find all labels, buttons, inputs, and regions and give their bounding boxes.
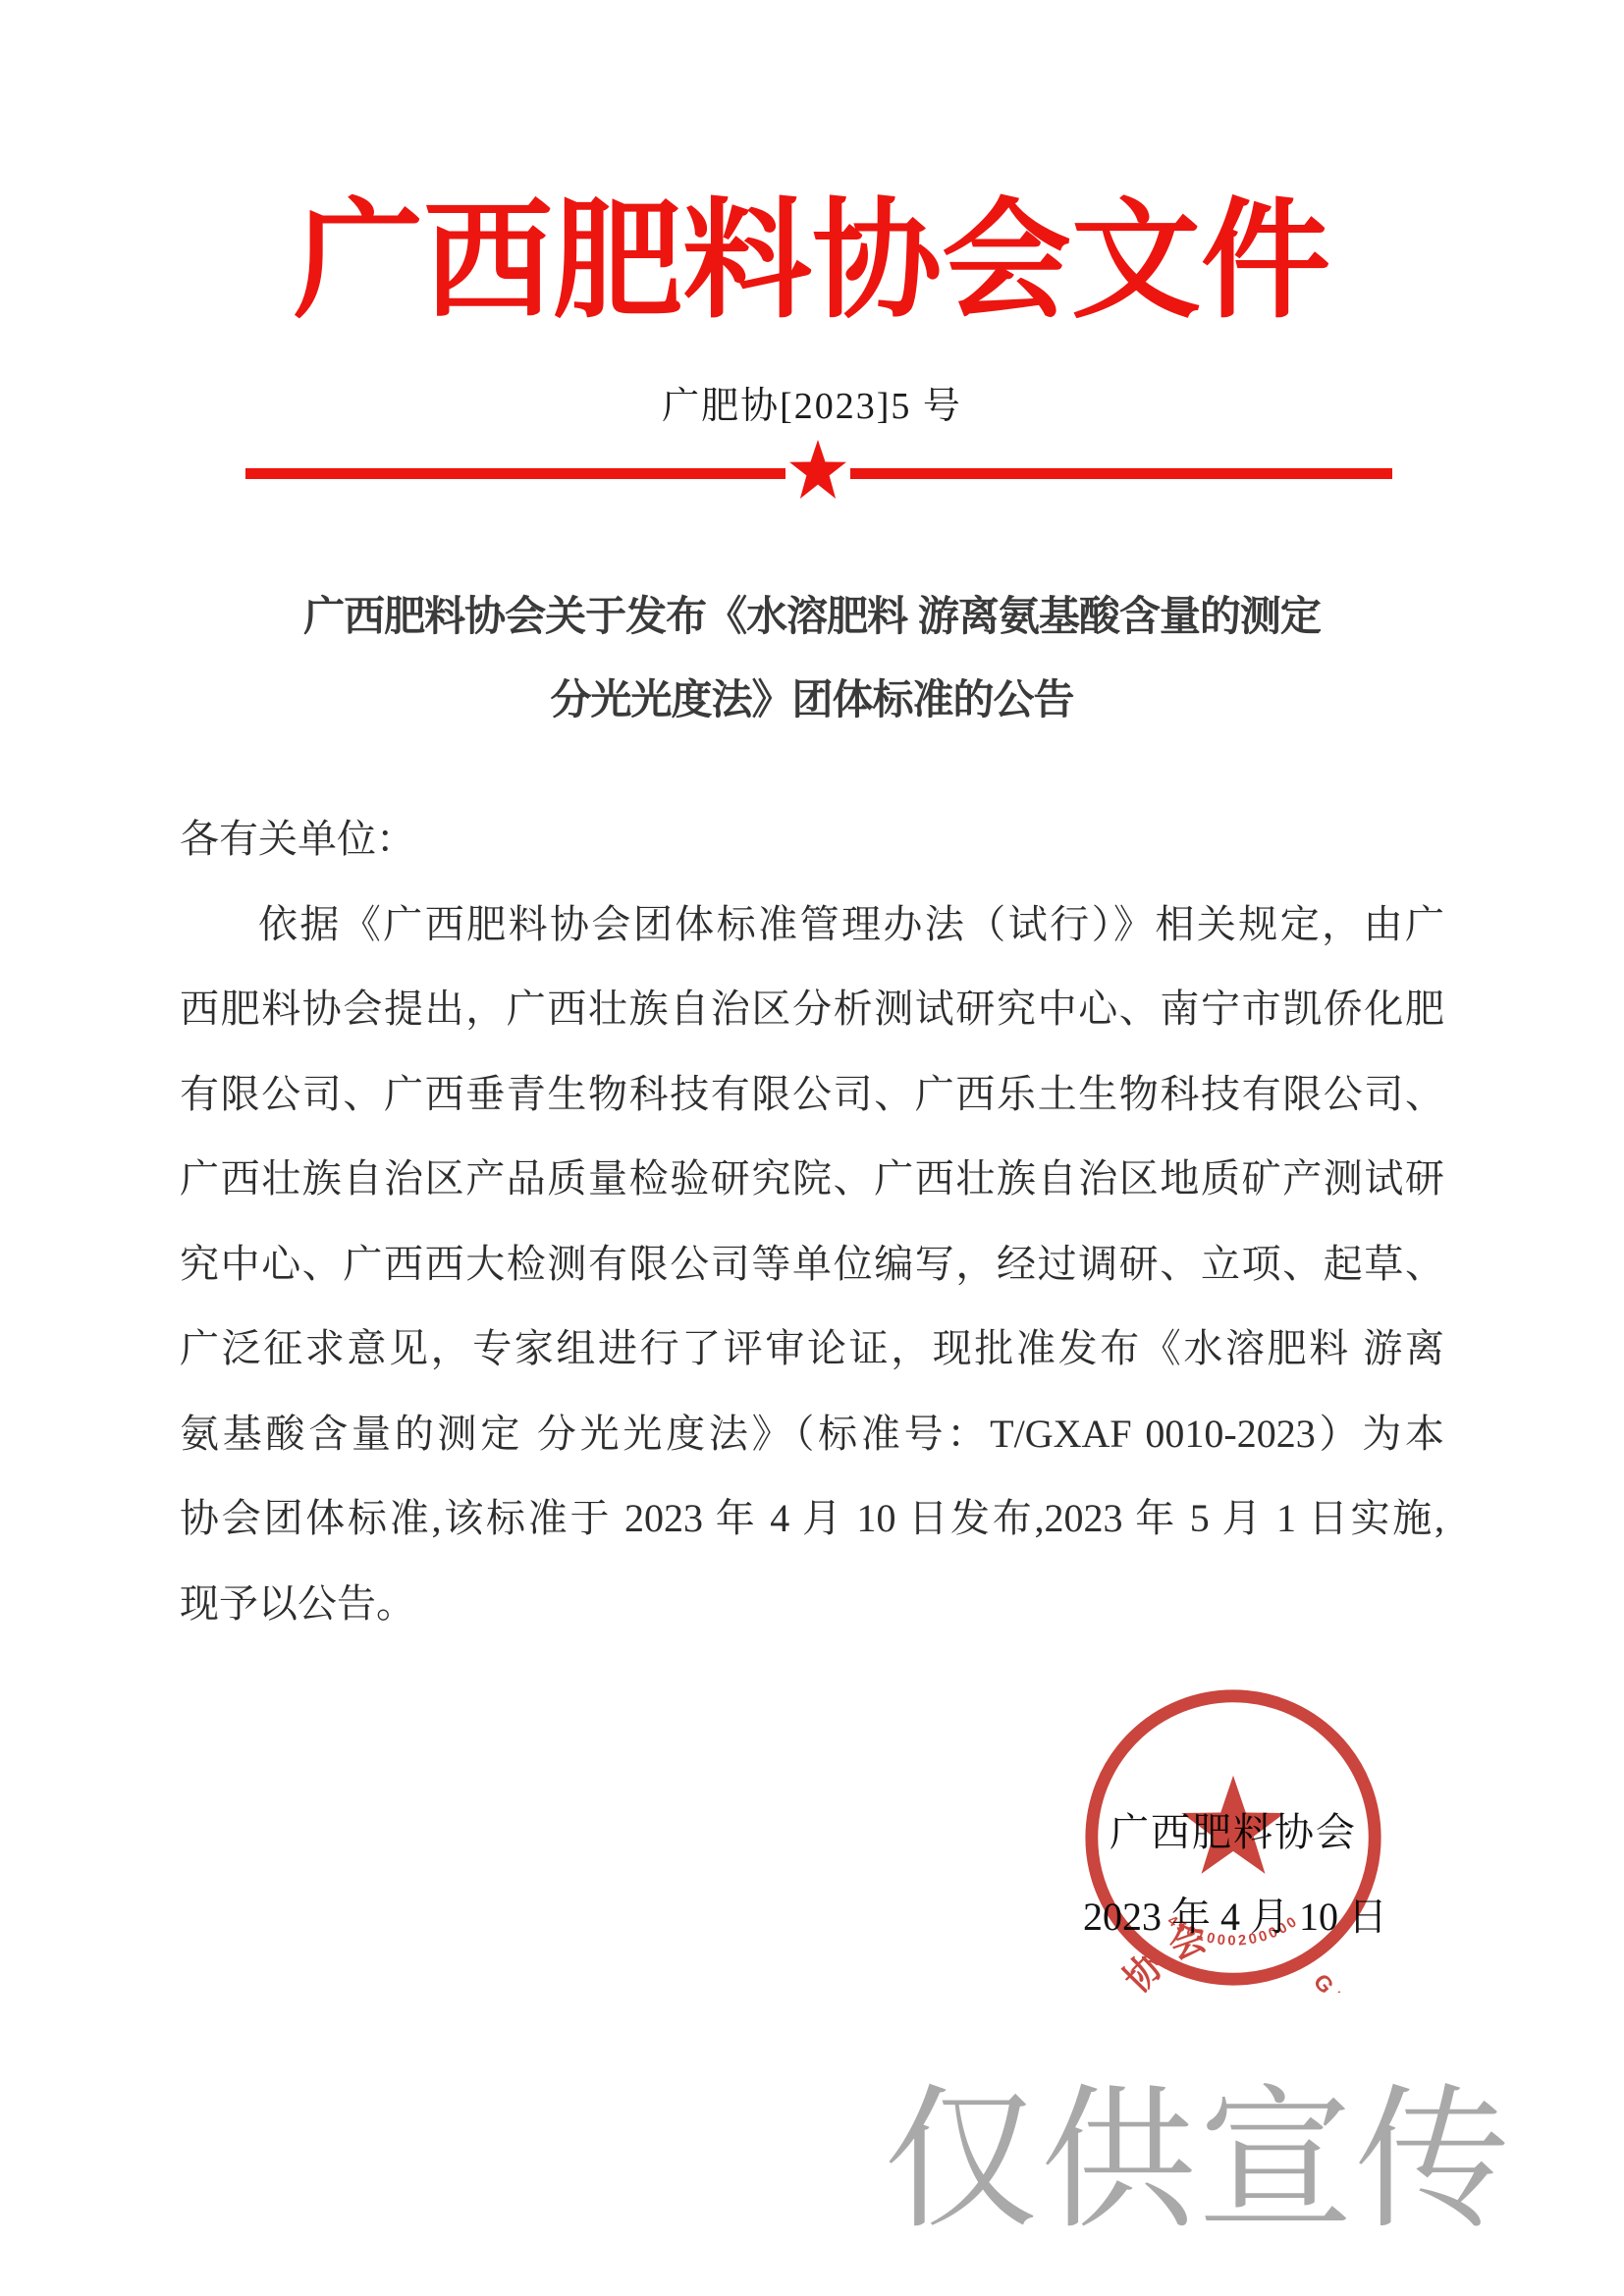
salutation: 各有关单位： [180,797,1444,882]
document-number: 广肥协[2023]5 号 [0,383,1624,430]
body-line: 依据《广西肥料协会团体标准管理办法（试行）》相关规定，由广 [180,882,1444,968]
heading-line-2: 分光光度法》团体标准的公告 [0,658,1624,741]
red-divider-line-right [850,468,1392,479]
body-line: 究中心、广西西大检测有限公司等单位编写，经过调研、立项、起草、 [180,1222,1444,1308]
document-page: 广西肥料协会文件 广肥协[2023]5 号 广西肥料协会关于发布《水溶肥料 游离… [0,0,1624,2296]
body-line: 广西壮族自治区产品质量检验研究院、广西壮族自治区地质矿产测试研 [180,1137,1444,1222]
body-text: 各有关单位： 依据《广西肥料协会团体标准管理办法（试行）》相关规定，由广 西肥料… [180,797,1444,1646]
letterhead-title: 广西肥料协会文件 [0,188,1624,336]
body-line: 有限公司、广西垂青生物科技有限公司、广西乐土生物科技有限公司、 [180,1052,1444,1138]
red-star-icon [786,440,849,507]
official-seal: GVANGJSIH FEIZLIU VEIZ 广西肥料协会 4501000200… [1078,1682,1388,1993]
body-closing-line: 现予以公告。 [180,1562,1444,1647]
seal-star-icon [1181,1776,1284,1874]
body-line: 广泛征求意见，专家组进行了评审论证，现批准发布《水溶肥料 游离 [180,1307,1444,1392]
announcement-heading: 广西肥料协会关于发布《水溶肥料 游离氨基酸含量的测定 分光光度法》团体标准的公告 [0,574,1624,741]
body-line: 氨基酸含量的测定 分光光度法》（标准号：T/GXAF 0010-2023）为本 [180,1392,1444,1477]
body-line: 协会团体标准,该标准于 2023 年 4 月 10 日发布,2023 年 5 月… [180,1476,1444,1562]
body-line: 西肥料协会提出，广西壮族自治区分析测试研究中心、南宁市凯侨化肥 [180,967,1444,1052]
red-divider-line-left [245,468,785,479]
heading-line-1: 广西肥料协会关于发布《水溶肥料 游离氨基酸含量的测定 [0,574,1624,658]
watermark-text: 仅供宣传 [884,2069,1571,2256]
